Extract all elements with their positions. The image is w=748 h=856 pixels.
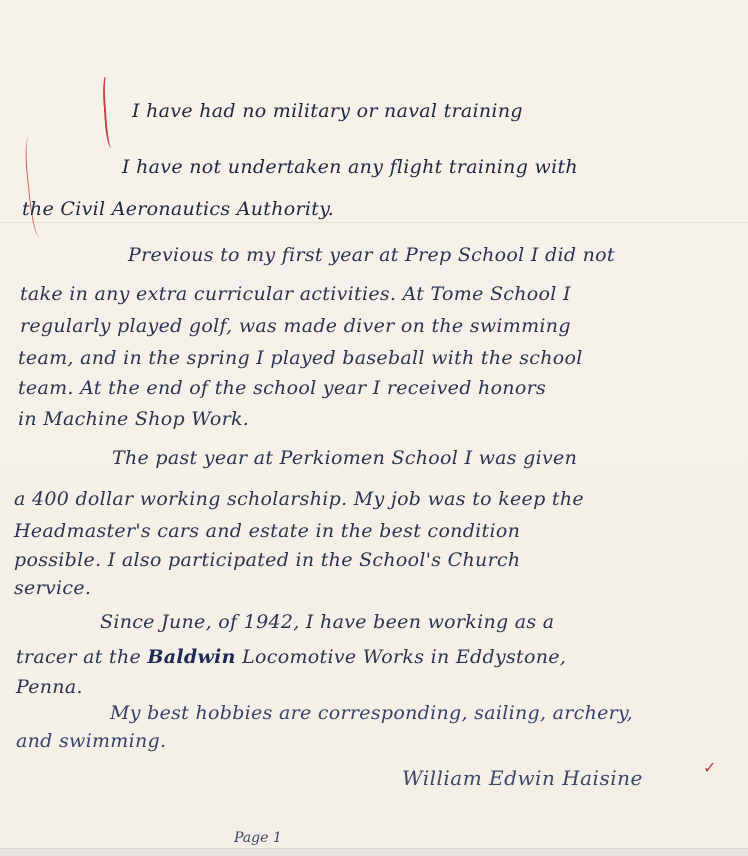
text-line-5: take in any extra curricular activities.… [20, 285, 571, 304]
text-line-6: regularly played golf, was made diver on… [20, 317, 571, 336]
page-number: Page 1 [234, 830, 282, 846]
paper-fold-line [0, 222, 748, 223]
text-line-12: Headmaster's cars and estate in the best… [14, 522, 520, 541]
text-segment: tracer at the [16, 646, 147, 668]
text-line-11: a 400 dollar working scholarship. My job… [14, 490, 584, 509]
text-line-3: the Civil Aeronautics Authority. [22, 200, 334, 219]
text-line-16: tracer at the Baldwin Locomotive Works i… [16, 648, 566, 667]
text-line-15: Since June, of 1942, I have been working… [100, 613, 554, 632]
emphasized-word-baldwin: Baldwin [147, 646, 235, 668]
page-bottom-edge [0, 848, 748, 856]
text-line-4: Previous to my first year at Prep School… [128, 246, 615, 265]
signature: William Edwin Haisine [402, 766, 643, 790]
text-segment: Locomotive Works in Eddystone, [236, 646, 566, 668]
red-check-mark-icon: ✓ [703, 760, 716, 776]
text-line-9: in Machine Shop Work. [18, 410, 249, 429]
text-line-8: team. At the end of the school year I re… [18, 379, 546, 398]
red-margin-bracket-top [101, 75, 118, 149]
text-line-10: The past year at Perkiomen School I was … [112, 449, 577, 468]
text-line-19: and swimming. [16, 732, 166, 751]
text-line-14: service. [14, 579, 91, 598]
text-line-17: Penna. [16, 678, 83, 697]
text-line-2: I have not undertaken any flight trainin… [122, 158, 578, 177]
text-line-18: My best hobbies are corresponding, saili… [110, 704, 633, 723]
text-line-1: I have had no military or naval training [132, 102, 523, 121]
text-line-13: possible. I also participated in the Sch… [14, 551, 520, 570]
letter-page: I have had no military or naval training… [0, 0, 748, 848]
text-line-7: team, and in the spring I played basebal… [18, 349, 583, 368]
